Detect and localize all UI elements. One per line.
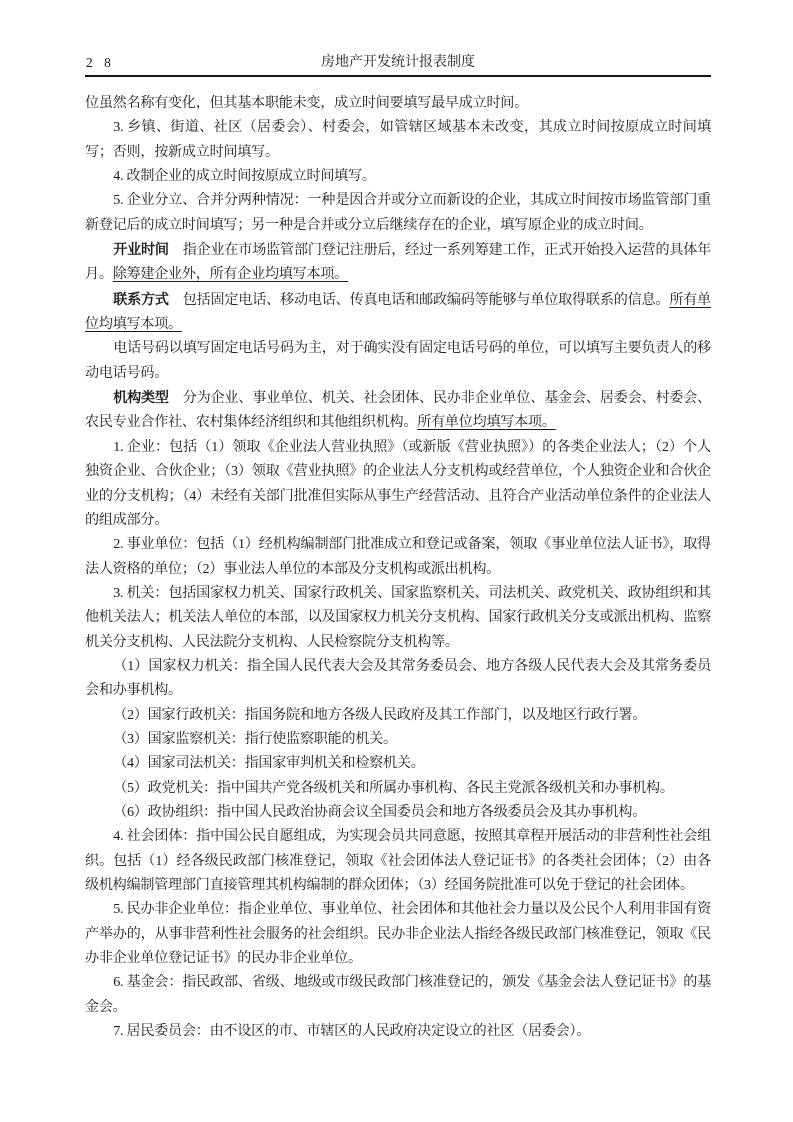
paragraph-14: （3）国家监察机关：指行使监察职能的机关。 — [85, 727, 711, 751]
text-run: （2）国家行政机关：指国务院和地方各级人民政府及其工作部门，以及地区行政行署。 — [113, 707, 646, 723]
underlined-text: 所有单位均填写本项。 — [417, 414, 555, 430]
paragraph-11: 3. 机关：包括国家权力机关、国家行政机关、国家监察机关、司法机关、政党机关、政… — [85, 581, 711, 654]
text-run: 包括固定电话、移动电话、传真电话和邮政编码等能够与单位取得联系的信息。 — [169, 292, 670, 308]
paragraph-2: 3. 乡镇、街道、社区（居委会）、村委会，如管辖区域基本未改变，其成立时间按原成… — [85, 115, 711, 164]
text-run: （6）政协组织：指中国人民政治协商会议全国委员会和地方各级委员会及其办事机构。 — [113, 804, 646, 820]
term-label: 机构类型 — [113, 389, 169, 405]
text-run: 4. 社会团体：指中国公民自愿组成，为实现会员共同意愿，按照其章程开展活动的非营… — [85, 828, 711, 893]
paragraph-21: 7. 居民委员会：由不设区的市、市辖区的人民政府决定设立的社区（居委会）。 — [85, 1019, 711, 1043]
paragraph-16: （5）政党机关：指中国共产党各级机关和所属办事机构、各民主党派各级机关和办事机构… — [85, 776, 711, 800]
term-label: 联系方式 — [113, 291, 169, 307]
paragraph-9: 1. 企业：包括（1）领取《企业法人营业执照》（或新版《营业执照》）的各类企业法… — [85, 435, 711, 532]
text-run: 3. 机关：包括国家权力机关、国家行政机关、国家监察机关、司法机关、政党机关、政… — [85, 585, 711, 650]
text-run: （3）国家监察机关：指行使监察职能的机关。 — [113, 731, 397, 747]
paragraph-12: （1）国家权力机关：指全国人民代表大会及其常务委员会、地方各级人民代表大会及其常… — [85, 654, 711, 703]
text-run: （5）政党机关：指中国共产党各级机关和所属办事机构、各民主党派各级机关和办事机构… — [113, 780, 674, 796]
text-run: 2. 事业单位：包括（1）经机构编制部门批准成立和登记或备案，领取《事业单位法人… — [85, 536, 711, 576]
paragraph-4: 5. 企业分立、合并分两种情况：一种是因合并或分立而新设的企业，其成立时间按市场… — [85, 188, 711, 237]
text-run: 位虽然名称有变化，但其基本职能未变，成立时间要填写最早成立时间。 — [85, 95, 528, 111]
paragraph-3: 4. 改制企业的成立时间按原成立时间填写。 — [85, 164, 711, 188]
paragraph-7: 电话号码以填写固定电话号码为主，对于确实没有固定电话号码的单位，可以填写主要负责… — [85, 336, 711, 385]
term-label: 开业时间 — [113, 241, 169, 257]
underlined-text: 除筹建企业外，所有企业均填写本项。 — [113, 266, 348, 282]
paragraph-5: 开业时间 指企业在市场监管部门登记注册后，经过一系列筹建工作，正式开始投入运营的… — [85, 237, 711, 287]
text-run: 4. 改制企业的成立时间按原成立时间填写。 — [113, 168, 376, 184]
document-title: 房地产开发统计报表制度 — [85, 51, 711, 71]
paragraph-15: （4）国家司法机关：指国家审判机关和检察机关。 — [85, 751, 711, 775]
text-run: 电话号码以填写固定电话号码为主，对于确实没有固定电话号码的单位，可以填写主要负责… — [85, 340, 711, 380]
text-run: 6. 基金会：指民政部、省级、地级或市级民政部门核准登记的，颁发《基金会法人登记… — [85, 974, 711, 1014]
paragraph-18: 4. 社会团体：指中国公民自愿组成，为实现会员共同意愿，按照其章程开展活动的非营… — [85, 824, 711, 897]
paragraph-20: 6. 基金会：指民政部、省级、地级或市级民政部门核准登记的，颁发《基金会法人登记… — [85, 970, 711, 1019]
text-run: 5. 民办非企业单位：指企业单位、事业单位、社会团体和其他社会力量以及公民个人利… — [85, 901, 711, 966]
text-run: 7. 居民委员会：由不设区的市、市辖区的人民政府决定设立的社区（居委会）。 — [113, 1023, 590, 1039]
paragraph-13: （2）国家行政机关：指国务院和地方各级人民政府及其工作部门，以及地区行政行署。 — [85, 703, 711, 727]
paragraph-1: 位虽然名称有变化，但其基本职能未变，成立时间要填写最早成立时间。 — [85, 91, 711, 115]
text-run: （4）国家司法机关：指国家审判机关和检察机关。 — [113, 755, 424, 771]
document-page: 2 8 房地产开发统计报表制度 位虽然名称有变化，但其基本职能未变，成立时间要填… — [0, 0, 793, 1122]
page-header: 2 8 房地产开发统计报表制度 — [85, 46, 711, 77]
text-run: 3. 乡镇、街道、社区（居委会）、村委会，如管辖区域基本未改变，其成立时间按原成… — [85, 119, 711, 159]
text-run: （1）国家权力机关：指全国人民代表大会及其常务委员会、地方各级人民代表大会及其常… — [85, 658, 711, 698]
paragraph-10: 2. 事业单位：包括（1）经机构编制部门批准成立和登记或备案，领取《事业单位法人… — [85, 532, 711, 581]
text-run: 分为企业、事业单位、机关、社会团体、民办非企业单位、基金会、居委会、村委会、农民… — [85, 390, 711, 430]
text-run: 1. 企业：包括（1）领取《企业法人营业执照》（或新版《营业执照》）的各类企业法… — [85, 439, 711, 528]
document-body: 位虽然名称有变化，但其基本职能未变，成立时间要填写最早成立时间。3. 乡镇、街道… — [85, 91, 711, 1043]
text-run: 5. 企业分立、合并分两种情况：一种是因合并或分立而新设的企业，其成立时间按市场… — [85, 192, 711, 232]
paragraph-19: 5. 民办非企业单位：指企业单位、事业单位、社会团体和其他社会力量以及公民个人利… — [85, 897, 711, 970]
paragraph-17: （6）政协组织：指中国人民政治协商会议全国委员会和地方各级委员会及其办事机构。 — [85, 800, 711, 824]
paragraph-8: 机构类型 分为企业、事业单位、机关、社会团体、民办非企业单位、基金会、居委会、村… — [85, 385, 711, 435]
paragraph-6: 联系方式 包括固定电话、移动电话、传真电话和邮政编码等能够与单位取得联系的信息。… — [85, 287, 711, 337]
